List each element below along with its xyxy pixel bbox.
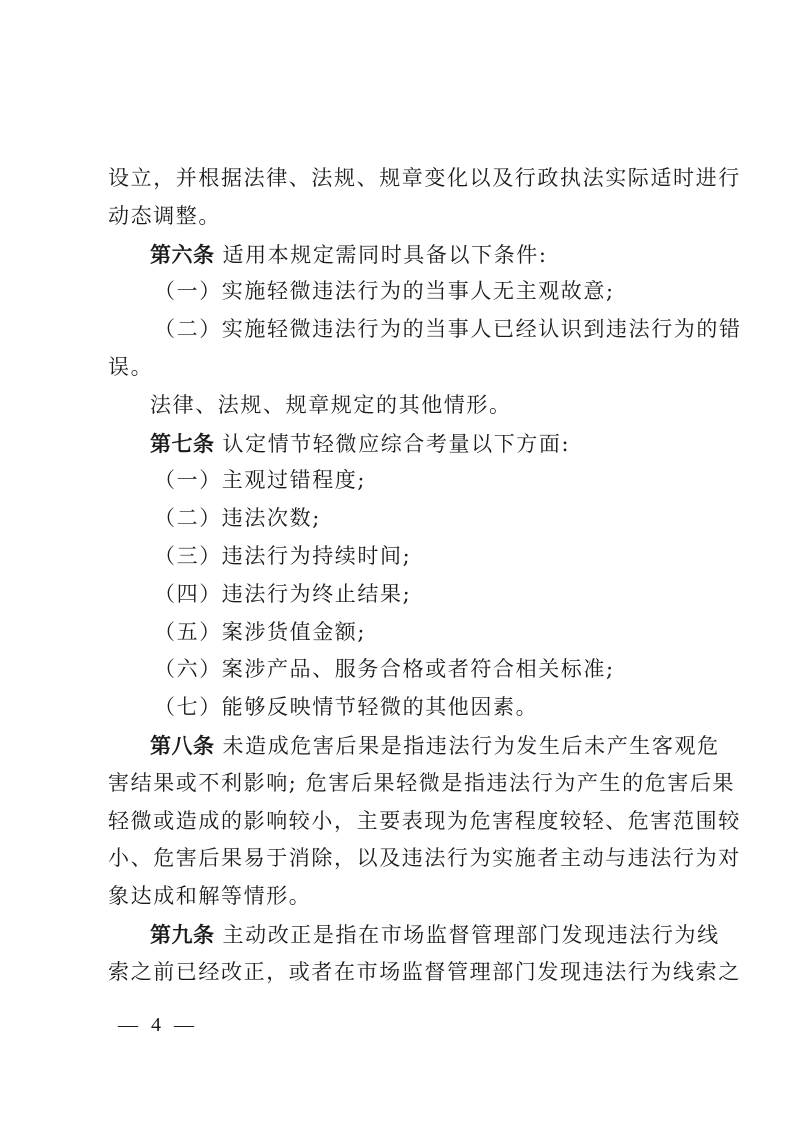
article-6-heading: 第六条适用本规定需同时具备以下条件: — [108, 236, 708, 274]
text-line: 索之前已经改正，或者在市场监督管理部门发现违法行为线索之 — [108, 954, 708, 992]
text-line: 误。 — [108, 349, 708, 387]
list-item: （六）案涉产品、服务合格或者符合相关标准; — [108, 651, 708, 689]
list-item: （一）主观过错程度; — [108, 462, 708, 500]
article-9-heading: 第九条主动改正是指在市场监督管理部门发现违法行为线 — [108, 916, 708, 954]
document-body: 设立，并根据法律、法规、规章变化以及行政执法实际适时进行 动态调整。 第六条适用… — [108, 160, 708, 992]
list-item: （五）案涉货值金额; — [108, 614, 708, 652]
text-line: 轻微或造成的影响较小，主要表现为危害程度较轻、危害范围较 — [108, 803, 708, 841]
list-item: （七）能够反映情节轻微的其他因素。 — [108, 689, 708, 727]
document-page: 设立，并根据法律、法规、规章变化以及行政执法实际适时进行 动态调整。 第六条适用… — [0, 0, 793, 1122]
text-line: 小、危害后果易于消除，以及违法行为实施者主动与违法行为对 — [108, 840, 708, 878]
text-line: 害结果或不利影响; 危害后果轻微是指违法行为产生的危害后果 — [108, 765, 708, 803]
list-item: （二）违法次数; — [108, 500, 708, 538]
article-text: 认定情节轻微应综合考量以下方面: — [223, 432, 571, 456]
page-number: — 4 — — [118, 1014, 198, 1037]
article-text: 未造成危害后果是指违法行为发生后未产生客观危 — [223, 734, 720, 758]
article-label: 第九条 — [150, 922, 215, 947]
list-item: （二）实施轻微违法行为的当事人已经认识到违法行为的错 — [108, 311, 708, 349]
article-7-heading: 第七条认定情节轻微应综合考量以下方面: — [108, 425, 708, 463]
article-label: 第七条 — [150, 431, 215, 456]
text-line: 动态调整。 — [108, 198, 708, 236]
list-item: （三）违法行为持续时间; — [108, 538, 708, 576]
text-line: 法律、法规、规章规定的其他情形。 — [108, 387, 708, 425]
article-text: 主动改正是指在市场监督管理部门发现违法行为线 — [223, 923, 720, 947]
text-line: 象达成和解等情形。 — [108, 878, 708, 916]
article-label: 第八条 — [150, 733, 215, 758]
list-item: （四）违法行为终止结果; — [108, 576, 708, 614]
text-line: 设立，并根据法律、法规、规章变化以及行政执法实际适时进行 — [108, 160, 708, 198]
article-8-heading: 第八条未造成危害后果是指违法行为发生后未产生客观危 — [108, 727, 708, 765]
article-label: 第六条 — [150, 242, 215, 267]
article-text: 适用本规定需同时具备以下条件: — [223, 243, 548, 267]
list-item: （一）实施轻微违法行为的当事人无主观故意; — [108, 273, 708, 311]
